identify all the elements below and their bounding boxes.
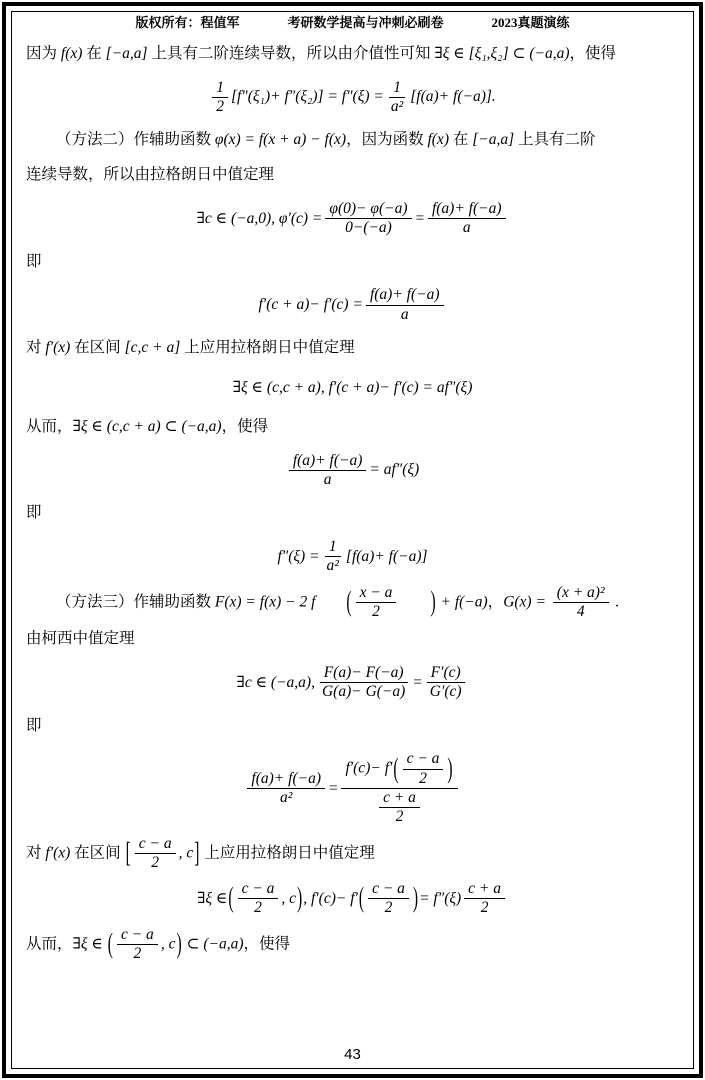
cjk-text: 连续导数，所以由拉格朗日中值定理 [26, 166, 274, 183]
math-text: = [412, 674, 422, 692]
math-text: (x + a)² [557, 584, 605, 601]
fraction: c − a2 [135, 835, 176, 873]
fraction-denominator: 2 [392, 808, 408, 826]
header-edition: 2023真题演练 [492, 13, 570, 34]
cjk-text: 在 [449, 131, 472, 148]
fraction-numerator: f(a)+ f(−a) [428, 200, 506, 219]
formula-line: f″(ξ) = 1a²[f(a)+ f(−a)] [26, 538, 679, 576]
fraction-numerator: φ(0)− φ(−a) [325, 200, 411, 219]
paragraph: 因为 f(x) 在 [−a,a] 上具有二阶连续导数，所以由介值性可知 ∃ξ ∈… [26, 38, 679, 71]
math-text: [f″(ξ₁)+ f″(ξ₂)] = f″(ξ) = [231, 88, 384, 106]
math-text: 2 [134, 945, 142, 962]
math-text: a [401, 306, 409, 323]
formula-line: ∃c ∈ (−a,a), F(a)− F(−a)G(a)− G(−a) = F′… [26, 664, 679, 702]
page-header: 版权所有：程值军 考研数学提高与冲刺必刷卷 2023真题演练 [26, 13, 679, 34]
fraction-denominator: a² [276, 789, 296, 807]
cjk-text: 上具有二阶 [514, 131, 595, 148]
paragraph: 即 [26, 497, 679, 530]
math-text: a [463, 219, 471, 236]
fraction: F′(c)G′(c) [426, 664, 466, 702]
math-text: F(a)− F(−a) [324, 664, 404, 681]
fraction: 1a² [387, 79, 407, 117]
fraction-numerator: c − a [135, 835, 176, 854]
math-text: c − a [121, 926, 154, 943]
fraction: f(a)+ f(−a)a² [247, 770, 325, 808]
math-text: f(a)+ f(−a) [293, 452, 363, 469]
fraction-numerator: F′(c) [427, 664, 465, 683]
cjk-text: 在区间 [70, 339, 124, 356]
big-delimiter: ( [359, 885, 364, 914]
fraction-numerator: 1 [212, 79, 228, 98]
math-text: 4 [577, 603, 585, 620]
math-text: ∃ξ ∈ (c,c + a) ⊂ (−a,a) [73, 418, 222, 435]
paragraph: （方法三）作辅助函数 F(x) = f(x) − 2 f(x − a2) + f… [26, 584, 679, 622]
math-text: ∃ξ ∈ [73, 935, 107, 952]
fraction: 1a² [323, 538, 343, 576]
fraction-numerator: c − a [238, 880, 279, 899]
big-delimiter: ) [176, 930, 181, 959]
math-text: [f(a)+ f(−a)]. [410, 88, 496, 106]
math-text: = af″(ξ) [369, 461, 419, 479]
fraction-numerator: F(a)− F(−a) [320, 664, 408, 683]
math-text: , c [161, 935, 176, 952]
math-text: G(a)− G(−a) [322, 683, 405, 700]
math-text: G′(c) [430, 683, 462, 700]
cjk-text: 上具有二阶连续导数，所以由介值性可知 [148, 45, 435, 62]
math-text: a² [280, 789, 292, 806]
math-text: , c [281, 890, 296, 908]
math-text: 2 [254, 899, 262, 916]
fraction-numerator: f(a)+ f(−a) [247, 770, 325, 789]
paragraph: 即 [26, 710, 679, 743]
math-text: + f(−a) [437, 593, 488, 610]
math-text: φ(x) = f(x + a) − f(x) [215, 131, 346, 148]
fraction-denominator: a [459, 219, 475, 237]
fraction-denominator: a [320, 471, 336, 489]
fraction-denominator: 4 [573, 603, 589, 621]
cjk-text: 即 [26, 253, 42, 270]
fraction: (x + a)²4 [553, 584, 609, 622]
cjk-text: 上应用拉格朗日中值定理 [180, 339, 354, 356]
formula-line: 12[f″(ξ₁)+ f″(ξ₂)] = f″(ξ) = 1a²[f(a)+ f… [26, 79, 679, 117]
page-content: 版权所有：程值军 考研数学提高与冲刺必刷卷 2023真题演练 因为 f(x) 在… [26, 11, 679, 965]
fraction-numerator: c + a [379, 789, 420, 808]
fraction-denominator: c + a2 [372, 789, 427, 827]
math-text: [f(a)+ f(−a)] [346, 548, 428, 566]
math-text: φ(0)− φ(−a) [329, 200, 407, 217]
fraction-denominator: 2 [130, 945, 146, 963]
cjk-text: 从而， [26, 935, 73, 952]
fraction-denominator: 2 [147, 854, 163, 872]
math-text: F′(c) [431, 664, 461, 681]
fraction-denominator: 0−(−a) [341, 219, 396, 237]
math-text: c − a [372, 880, 405, 897]
header-book-title: 考研数学提高与冲刺必刷卷 [287, 13, 443, 34]
math-text: a² [327, 557, 339, 574]
math-text: ∃c ∈ (−a,a), [236, 673, 315, 692]
cjk-text: （方法二）作辅助函数 [56, 131, 215, 148]
fraction: f′(c)− f′(c − a2)c + a2 [341, 750, 457, 826]
fraction-numerator: f(a)+ f(−a) [289, 452, 367, 471]
paragraph: 对 f′(x) 在区间 [c,c + a] 上应用拉格朗日中值定理 [26, 332, 679, 365]
cjk-text: 即 [26, 717, 42, 734]
cjk-text: 即 [26, 504, 42, 521]
paragraph: 即 [26, 246, 679, 279]
fraction: c + a2 [379, 789, 420, 827]
math-text: [−a,a] [106, 45, 148, 62]
fraction-denominator: G(a)− G(−a) [318, 683, 409, 701]
fraction: 12 [212, 79, 228, 117]
cjk-text: 因为 [26, 45, 61, 62]
math-text: 2 [481, 899, 489, 916]
cjk-text: 在 [82, 45, 105, 62]
formula-line: ∃c ∈ (−a,0), φ′(c) = φ(0)− φ(−a)0−(−a) =… [26, 200, 679, 238]
fraction: c − a2 [403, 750, 444, 788]
math-text: c + a [383, 789, 416, 806]
math-text: ∃ξ ∈ (c,c + a), f′(c + a)− f′(c) = af″(ξ… [233, 378, 473, 397]
cjk-text: 由柯西中值定理 [26, 630, 135, 647]
page-number: 43 [0, 1046, 705, 1063]
fraction-denominator: a [397, 306, 413, 324]
fraction-denominator: a² [323, 557, 343, 575]
fraction-numerator: 1 [325, 538, 341, 557]
math-text: 1 [329, 538, 337, 555]
fraction: x − a2 [356, 584, 397, 622]
big-delimiter: [ [126, 839, 131, 868]
cjk-text: 从而， [26, 418, 73, 435]
paragraph: 从而，∃ξ ∈ (c − a2, c) ⊂ (−a,a)，使得 [26, 926, 679, 964]
paragraph: 从而，∃ξ ∈ (c,c + a) ⊂ (−a,a)，使得 [26, 411, 679, 444]
math-text: f(x) [61, 45, 83, 62]
math-text: x − a [360, 584, 393, 601]
paragraph: 对 f′(x) 在区间 [c − a2, c] 上应用拉格朗日中值定理 [26, 835, 679, 873]
math-text: = [415, 210, 425, 228]
math-text: 2 [216, 98, 224, 115]
math-text: f′(c)− f′ [345, 760, 392, 777]
math-text: = [328, 780, 338, 798]
math-text: a² [391, 98, 403, 115]
math-text: c − a [242, 880, 275, 897]
math-text: f(x) [427, 131, 449, 148]
big-delimiter: ) [447, 755, 452, 784]
fraction: φ(0)− φ(−a)0−(−a) [325, 200, 411, 238]
math-text: 2 [396, 808, 404, 825]
header-copyright: 版权所有：程值军 [135, 13, 239, 34]
fraction-numerator: (x + a)² [553, 584, 609, 603]
cjk-text: ， [488, 593, 504, 610]
fraction-numerator: f′(c)− f′(c − a2) [341, 750, 457, 789]
cjk-text: ，使得 [244, 935, 291, 952]
fraction: c + a2 [464, 880, 505, 918]
big-delimiter: ) [297, 885, 302, 914]
math-text: 2 [385, 899, 393, 916]
cjk-text: ，使得 [570, 45, 617, 62]
cjk-text: 在区间 [70, 844, 124, 861]
fraction-denominator: 2 [368, 603, 384, 621]
math-text: 0−(−a) [345, 219, 392, 236]
cjk-text: ，因为函数 [346, 131, 427, 148]
cjk-text: 对 [26, 339, 45, 356]
fraction-denominator: G′(c) [426, 683, 466, 701]
math-text: f(a)+ f(−a) [251, 770, 321, 787]
cjk-text: 对 [26, 844, 45, 861]
math-text: a [324, 471, 332, 488]
fraction-denominator: 2 [381, 899, 397, 917]
math-text: 1 [393, 79, 401, 96]
formula-line: ∃ξ ∈ (c,c + a), f′(c + a)− f′(c) = af″(ξ… [26, 373, 679, 403]
math-text: 2 [419, 770, 427, 787]
cjk-text: ，使得 [222, 418, 269, 435]
fraction-denominator: 2 [477, 899, 493, 917]
fraction: f(a)+ f(−a)a [428, 200, 506, 238]
big-delimiter: ( [228, 885, 233, 914]
math-text: f′(x) [45, 339, 70, 356]
math-text: [−a,a] [472, 131, 514, 148]
big-delimiter: ] [194, 839, 199, 868]
big-delimiter: ( [393, 755, 398, 784]
fraction: c − a2 [117, 926, 158, 964]
fraction-denominator: a² [387, 98, 407, 116]
math-text: f″(ξ) = [277, 548, 319, 566]
fraction-denominator: 2 [212, 98, 228, 116]
fraction: c − a2 [238, 880, 279, 918]
big-delimiter: ( [316, 588, 351, 617]
math-text: f′(x) [45, 844, 70, 861]
fraction-numerator: 1 [389, 79, 405, 98]
fraction-numerator: c + a [464, 880, 505, 899]
fraction-numerator: c − a [368, 880, 409, 899]
math-text: , c [179, 844, 194, 861]
math-text: F(x) = f(x) − 2 f [215, 593, 316, 610]
formula-line: f′(c + a)− f′(c) = f(a)+ f(−a)a [26, 286, 679, 324]
fraction: F(a)− F(−a)G(a)− G(−a) [318, 664, 409, 702]
fraction: f(a)+ f(−a)a [289, 452, 367, 490]
fraction-numerator: c − a [117, 926, 158, 945]
big-delimiter: ) [413, 885, 418, 914]
formula-line: f(a)+ f(−a)a = af″(ξ) [26, 452, 679, 490]
math-text: ∃c ∈ (−a,0), φ′(c) = [196, 209, 322, 228]
math-text: f(a)+ f(−a) [432, 200, 502, 217]
fraction: c − a2 [368, 880, 409, 918]
math-text: ∃ξ ∈ [ξ₁,ξ₂] ⊂ (−a,a) [434, 45, 569, 62]
content-blocks: 因为 f(x) 在 [−a,a] 上具有二阶连续导数，所以由介值性可知 ∃ξ ∈… [26, 38, 679, 963]
fraction-numerator: x − a [356, 584, 397, 603]
fraction-numerator: c − a [403, 750, 444, 769]
math-text: f(a)+ f(−a) [370, 286, 440, 303]
math-text: [c,c + a] [125, 339, 181, 356]
cjk-text: 上应用拉格朗日中值定理 [200, 844, 374, 861]
formula-line: ∃ξ ∈ (c − a2, c), f′(c)− f′(c − a2) = f″… [26, 880, 679, 918]
paragraph: （方法二）作辅助函数 φ(x) = f(x + a) − f(x)，因为函数 f… [26, 124, 679, 157]
paragraph: 连续导数，所以由拉格朗日中值定理 [26, 159, 679, 192]
math-text: 2 [151, 854, 159, 871]
math-text: , f′(c)− f′ [303, 890, 358, 908]
math-text: f′(c + a)− f′(c) = [259, 296, 363, 314]
fraction: f(a)+ f(−a)a [366, 286, 444, 324]
math-text: c + a [468, 880, 501, 897]
math-text: 2 [372, 603, 380, 620]
math-text: c − a [407, 750, 440, 767]
fraction-denominator: 2 [250, 899, 266, 917]
fraction-numerator: f(a)+ f(−a) [366, 286, 444, 305]
math-text: ⊂ (−a,a) [183, 935, 244, 952]
math-text: . [612, 593, 620, 610]
math-text: = f″(ξ) [419, 890, 461, 908]
big-delimiter: ( [108, 930, 113, 959]
math-text: G(x) = [503, 593, 550, 610]
math-text: 1 [216, 79, 224, 96]
formula-line: f(a)+ f(−a)a² = f′(c)− f′(c − a2)c + a2 [26, 750, 679, 826]
fraction-denominator: 2 [415, 770, 431, 788]
math-text: c − a [139, 835, 172, 852]
cjk-text: （方法三）作辅助函数 [56, 593, 215, 610]
paragraph: 由柯西中值定理 [26, 623, 679, 656]
big-delimiter: ) [400, 588, 435, 617]
math-text: ∃ξ ∈ [197, 889, 227, 908]
